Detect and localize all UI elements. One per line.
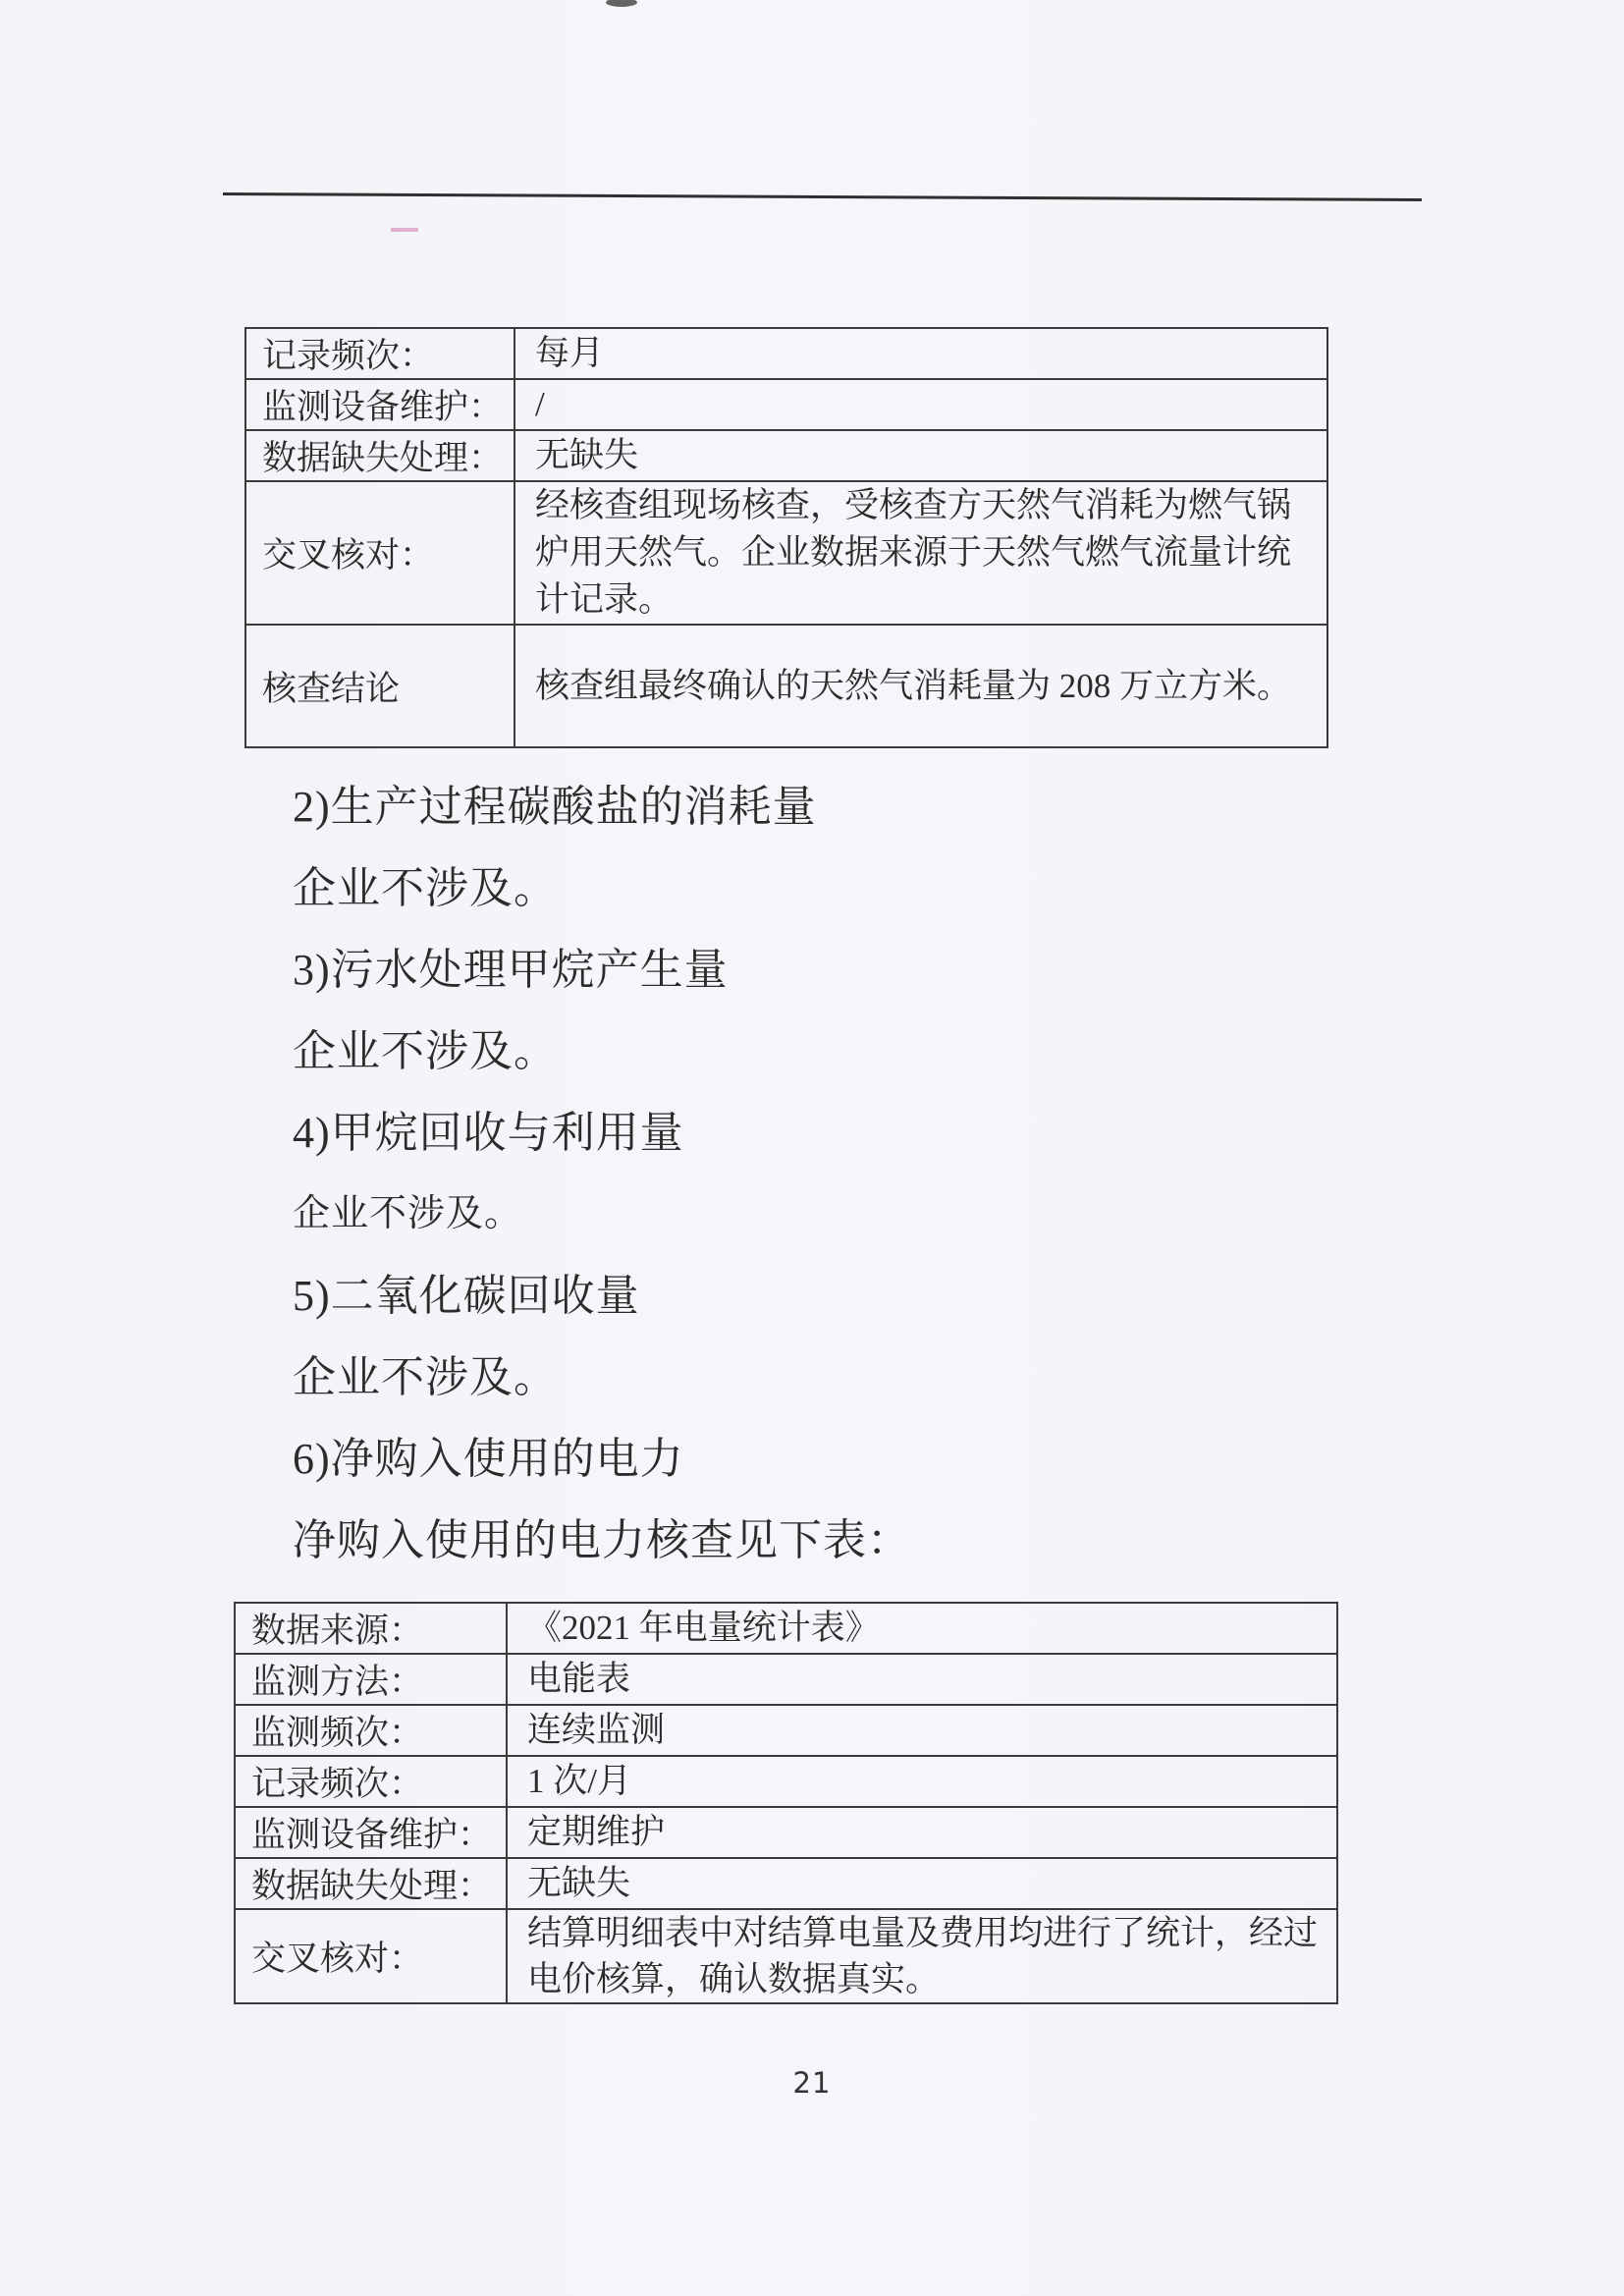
scan-artifact-pink-mark bbox=[391, 228, 418, 232]
row-label: 核查结论 bbox=[245, 625, 514, 747]
table-row: 记录频次： 每月 bbox=[245, 328, 1327, 379]
table-row: 监测设备维护： / bbox=[245, 379, 1327, 430]
body-line: 3)污水处理甲烷产生量 bbox=[293, 929, 1373, 1011]
row-value: 《2021 年电量统计表》 bbox=[507, 1603, 1337, 1654]
row-value: 1 次/月 bbox=[507, 1756, 1337, 1807]
row-label: 记录频次： bbox=[235, 1756, 507, 1807]
header-divider-line bbox=[223, 192, 1422, 201]
row-label: 监测设备维护： bbox=[235, 1807, 507, 1858]
row-label: 交叉核对： bbox=[235, 1909, 507, 2003]
row-label: 记录频次： bbox=[245, 328, 514, 379]
body-line: 企业不涉及。 bbox=[293, 1011, 1373, 1092]
row-value: / bbox=[514, 379, 1327, 430]
body-line: 2)生产过程碳酸盐的消耗量 bbox=[293, 766, 1373, 847]
body-line: 企业不涉及。 bbox=[293, 1174, 1373, 1255]
row-value: 连续监测 bbox=[507, 1705, 1337, 1756]
row-value: 定期维护 bbox=[507, 1807, 1337, 1858]
natural-gas-verification-table: 记录频次： 每月 监测设备维护： / 数据缺失处理： 无缺失 交叉核对： 经核查… bbox=[244, 327, 1328, 748]
row-label: 监测方法： bbox=[235, 1654, 507, 1705]
row-label: 监测设备维护： bbox=[245, 379, 514, 430]
row-value: 电能表 bbox=[507, 1654, 1337, 1705]
body-line: 企业不涉及。 bbox=[293, 1337, 1373, 1418]
row-label: 交叉核对： bbox=[245, 481, 514, 625]
page-number: 21 bbox=[0, 2066, 1624, 2100]
table-row: 交叉核对： 结算明细表中对结算电量及费用均进行了统计，经过电价核算，确认数据真实… bbox=[235, 1909, 1337, 2003]
row-label: 数据来源： bbox=[235, 1603, 507, 1654]
table-row: 核查结论 核查组最终确认的天然气消耗量为 208 万立方米。 bbox=[245, 625, 1327, 747]
table-row: 监测方法： 电能表 bbox=[235, 1654, 1337, 1705]
body-line: 净购入使用的电力核查见下表： bbox=[293, 1500, 1373, 1581]
body-text-block: 2)生产过程碳酸盐的消耗量 企业不涉及。 3)污水处理甲烷产生量 企业不涉及。 … bbox=[293, 766, 1373, 1581]
row-value: 无缺失 bbox=[514, 430, 1327, 481]
table-row: 监测频次： 连续监测 bbox=[235, 1705, 1337, 1756]
body-line: 4)甲烷回收与利用量 bbox=[293, 1092, 1373, 1174]
row-value: 核查组最终确认的天然气消耗量为 208 万立方米。 bbox=[514, 625, 1327, 747]
body-line: 6)净购入使用的电力 bbox=[293, 1418, 1373, 1500]
table-row: 记录频次： 1 次/月 bbox=[235, 1756, 1337, 1807]
body-line: 5)二氧化碳回收量 bbox=[293, 1255, 1373, 1337]
table-row: 数据来源： 《2021 年电量统计表》 bbox=[235, 1603, 1337, 1654]
row-label: 数据缺失处理： bbox=[245, 430, 514, 481]
table-row: 数据缺失处理： 无缺失 bbox=[245, 430, 1327, 481]
row-value: 每月 bbox=[514, 328, 1327, 379]
body-line: 企业不涉及。 bbox=[293, 847, 1373, 929]
row-label: 数据缺失处理： bbox=[235, 1858, 507, 1909]
row-value: 无缺失 bbox=[507, 1858, 1337, 1909]
scan-artifact-speck bbox=[606, 0, 637, 7]
row-value: 结算明细表中对结算电量及费用均进行了统计，经过电价核算，确认数据真实。 bbox=[507, 1909, 1337, 2003]
electricity-verification-table: 数据来源： 《2021 年电量统计表》 监测方法： 电能表 监测频次： 连续监测… bbox=[234, 1602, 1338, 2004]
row-label: 监测频次： bbox=[235, 1705, 507, 1756]
table-row: 监测设备维护： 定期维护 bbox=[235, 1807, 1337, 1858]
table-row: 交叉核对： 经核查组现场核查，受核查方天然气消耗为燃气锅炉用天然气。企业数据来源… bbox=[245, 481, 1327, 625]
row-value: 经核查组现场核查，受核查方天然气消耗为燃气锅炉用天然气。企业数据来源于天然气燃气… bbox=[514, 481, 1327, 625]
table-row: 数据缺失处理： 无缺失 bbox=[235, 1858, 1337, 1909]
scanned-document-page: 记录频次： 每月 监测设备维护： / 数据缺失处理： 无缺失 交叉核对： 经核查… bbox=[0, 0, 1624, 2296]
